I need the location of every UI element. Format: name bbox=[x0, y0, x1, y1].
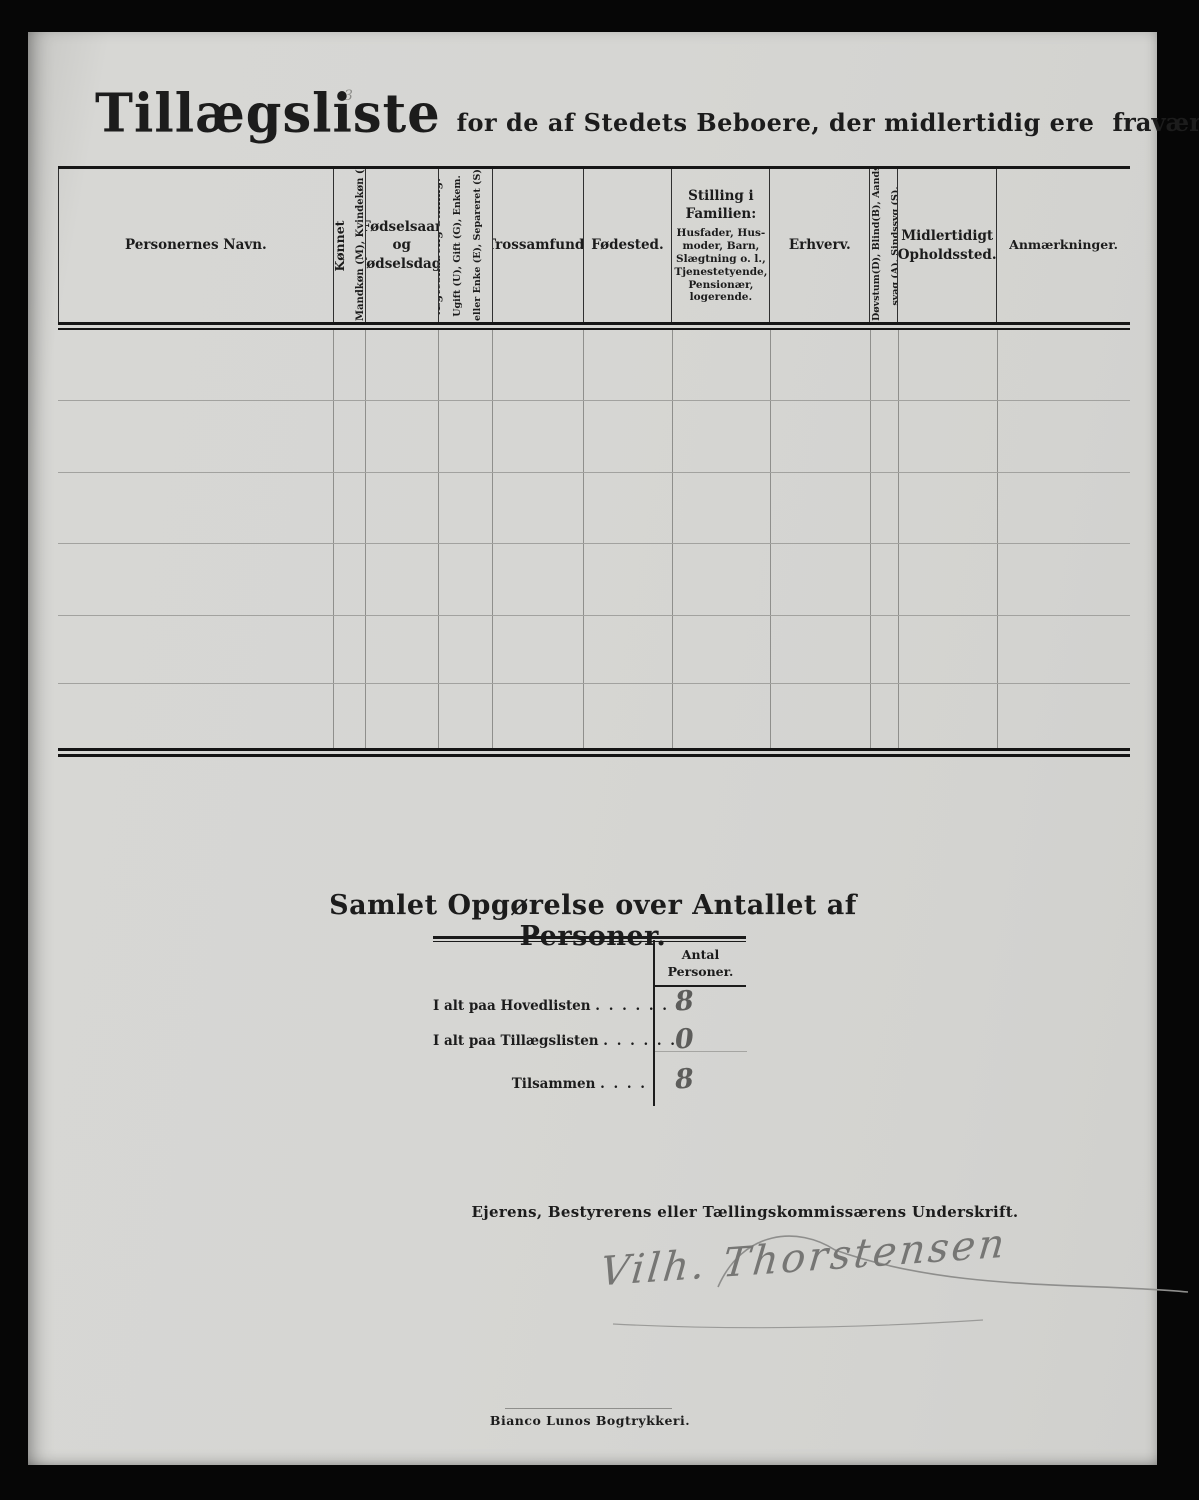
column-header-occupation: Erhverv. bbox=[770, 169, 870, 322]
table-body-empty bbox=[58, 330, 1130, 748]
column-header-birthplace: Fødested. bbox=[584, 169, 673, 322]
summary-table: Antal Personer. I alt paa Hovedlisten . … bbox=[433, 936, 746, 1114]
summary-count-column-header: Antal Personer. bbox=[655, 947, 746, 981]
header-double-rule bbox=[58, 322, 1130, 330]
summary-value-hovedlisten: 8 bbox=[674, 985, 695, 1017]
summary-top-rule bbox=[433, 936, 746, 942]
page-title: Tillægsliste for de af Stedets Beboere, … bbox=[95, 84, 1135, 144]
table-header-row: Personernes Navn. Kønnet Mandkøn (M), Kv… bbox=[58, 169, 1130, 322]
footer-rule bbox=[505, 1408, 672, 1409]
title-subtitle-emphasis: fraværende. bbox=[1113, 108, 1199, 137]
scanned-census-page: { "page": { "pencil_mark": "3", "title":… bbox=[0, 0, 1199, 1500]
column-header-sex: Kønnet Mandkøn (M), Kvindekøn (K). bbox=[334, 169, 366, 322]
document-page: 3 Tillægsliste for de af Stedets Beboere… bbox=[28, 32, 1157, 1465]
summary-row-hovedlisten: I alt paa Hovedlisten . . . . . . . bbox=[433, 998, 647, 1014]
column-header-name: Personernes Navn. bbox=[59, 169, 334, 322]
table-bottom-rule bbox=[58, 748, 1130, 757]
column-header-birthdate: Fødselsaar og Fødselsdag. bbox=[366, 169, 439, 322]
column-header-religion: Trossamfund. bbox=[493, 169, 584, 322]
column-header-temporary-residence: Midlertidigt Opholdssted. bbox=[898, 169, 997, 322]
title-subtitle: for de af Stedets Beboere, der midlertid… bbox=[457, 108, 1095, 137]
column-header-marital-status: Ægteskabelig Stilling. Ugift (U), Gift (… bbox=[439, 169, 493, 322]
column-header-family-position: Stilling i Familien: Husfader, Hus- mode… bbox=[672, 169, 770, 322]
printer-credit: Bianco Lunos Bogtrykkeri. bbox=[440, 1413, 740, 1428]
column-header-disability: Døvstum(D), Blind(B), Aands- svag (A), S… bbox=[870, 169, 898, 322]
summary-count-header-rule bbox=[655, 985, 746, 987]
summary-row-tilsammen: Tilsammen . . . . bbox=[433, 1076, 647, 1092]
column-header-remarks: Anmærkninger. bbox=[997, 169, 1130, 322]
summary-mid-rule bbox=[655, 1051, 747, 1052]
census-table: Personernes Navn. Kønnet Mandkøn (M), Kv… bbox=[58, 166, 1130, 757]
title-main: Tillægsliste bbox=[95, 83, 441, 145]
summary-row-tillaegslisten: I alt paa Tillægslisten . . . . . . bbox=[433, 1033, 647, 1049]
summary-value-tilsammen: 8 bbox=[674, 1063, 695, 1095]
